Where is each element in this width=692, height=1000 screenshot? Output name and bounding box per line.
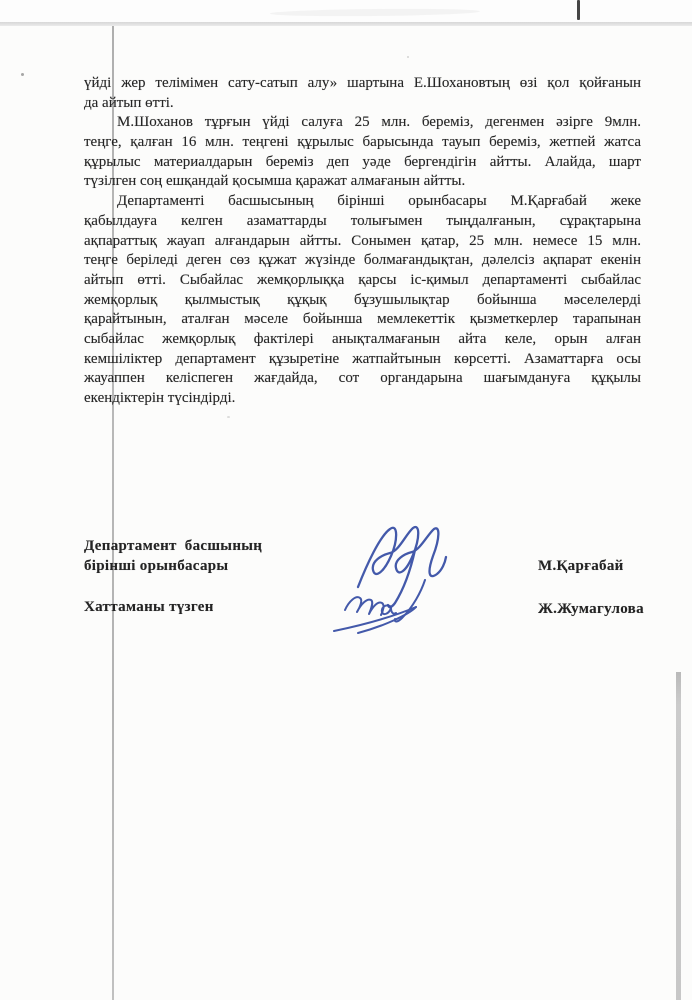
scan-speck bbox=[227, 416, 230, 418]
scan-vertical-tick-mark bbox=[577, 0, 580, 20]
body-text-line: сыбайлас жемқорлық фактілері анықталмаға… bbox=[84, 330, 641, 350]
scan-horizontal-divider bbox=[0, 22, 692, 26]
body-text-line: кемшіліктер департамент құзыретіне жатпа… bbox=[84, 350, 641, 370]
scan-speck bbox=[407, 56, 409, 58]
body-text-line: ақпараттық жауап алғандарын айтты. Соным… bbox=[84, 232, 641, 252]
body-text-line: жауаппен келіспеген жағдайда, сот органд… bbox=[84, 369, 641, 389]
scanned-document-page: үйді жер телімімен сату-сатып алу» шарты… bbox=[0, 0, 692, 1000]
secretary-name: Ж.Жумагулова bbox=[538, 601, 644, 618]
body-text-line: теңге беріледі деген сөз құжат жүзінде б… bbox=[84, 251, 641, 271]
deputy-role-label: Департамент басшының bbox=[84, 538, 262, 555]
body-text-line: Департаменті басшысының бірінші орынбаса… bbox=[84, 192, 641, 212]
secretary-role-label: Хаттаманы түзген bbox=[84, 599, 214, 616]
scan-right-edge-bar bbox=[676, 672, 681, 1000]
body-text-line: теңге, қалған 16 млн. теңгені құрылыс ба… bbox=[84, 133, 641, 153]
body-text-line: үйді жер телімімен сату-сатып алу» шарты… bbox=[84, 74, 641, 94]
body-text-line: қабылдауға келген азаматтарды толығымен … bbox=[84, 212, 641, 232]
secretary-signature-ink bbox=[334, 580, 425, 633]
scan-speck bbox=[21, 73, 24, 76]
body-text-line: түзілген соң ешқандай қосымша қаражат ал… bbox=[84, 172, 641, 192]
body-text-line: айтып өтті. Сыбайлас жемқорлыққа қарсы і… bbox=[84, 271, 641, 291]
deputy-name: М.Қарғабай bbox=[538, 558, 624, 575]
body-text-line: екендіктерін түсіндірді. bbox=[84, 389, 641, 409]
body-text-line: қарайтынын, аталған мәселе бойынша мемле… bbox=[84, 310, 641, 330]
deputy-role-label: бірінші орынбасары bbox=[84, 558, 228, 575]
body-text-line: құрылыс материалдарын береміз деп уәде б… bbox=[84, 153, 641, 173]
body-text-line: жемқорлық қылмыстық құқық бұзушылықтар б… bbox=[84, 291, 641, 311]
body-text-line: да айтып өтті. bbox=[84, 94, 641, 114]
document-body: үйді жер телімімен сату-сатып алу» шарты… bbox=[84, 74, 641, 409]
signatures-ink bbox=[318, 512, 483, 645]
deputy-signature-ink bbox=[358, 527, 446, 607]
body-text-line: М.Шоханов тұрғын үйді салуға 25 млн. бер… bbox=[84, 113, 641, 133]
